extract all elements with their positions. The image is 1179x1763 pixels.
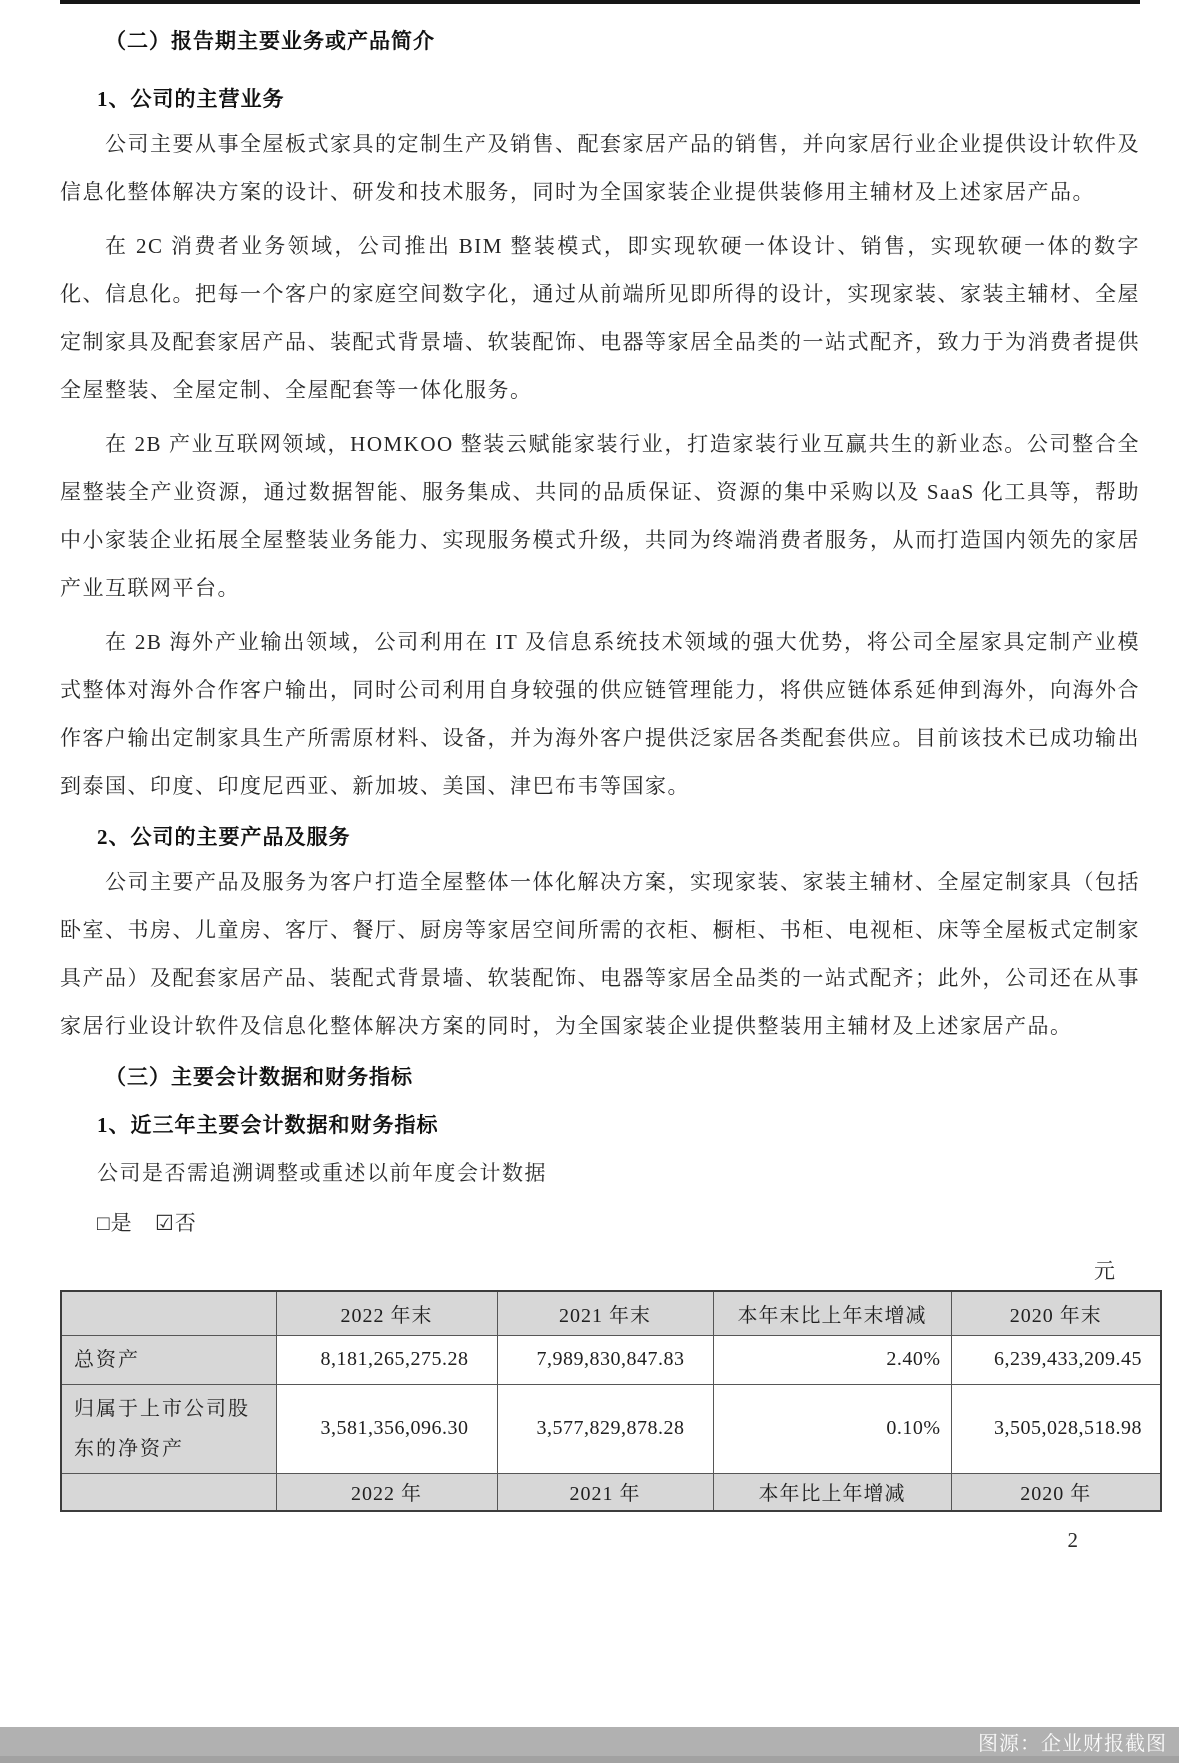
checkbox-no-checked: ☑否: [155, 1211, 197, 1235]
header-cell-2022-end: 2022 年末: [276, 1291, 497, 1335]
header-cell-2021: 2021 年: [497, 1473, 713, 1511]
currency-unit-label: 元: [60, 1256, 1140, 1286]
table-row-total-assets: 总资产 8,181,265,275.28 7,989,830,847.83 2.…: [61, 1335, 1161, 1384]
table-row-net-assets: 归属于上市公司股东的净资产 3,581,356,096.30 3,577,829…: [61, 1384, 1161, 1473]
paragraph-products-services: 公司主要产品及服务为客户打造全屋整体一体化解决方案，实现家装、家装主辅材、全屋定…: [60, 858, 1140, 1050]
table-header-row-year: 2022 年 2021 年 本年比上年增减 2020 年: [61, 1473, 1161, 1511]
paragraph-2b-internet: 在 2B 产业互联网领域，HOMKOO 整装云赋能家装行业，打造家装行业互赢共生…: [60, 420, 1140, 612]
subheading-products-services: 2、公司的主要产品及服务: [60, 822, 1140, 852]
net-assets-2021: 3,577,829,878.28: [497, 1384, 713, 1473]
paragraph-2b-overseas: 在 2B 海外产业输出领域，公司利用在 IT 及信息系统技术领域的强大优势，将公…: [60, 618, 1140, 810]
header-cell-yoy-change-end: 本年末比上年末增减: [713, 1291, 951, 1335]
total-assets-2022: 8,181,265,275.28: [276, 1335, 497, 1384]
header-cell-2022: 2022 年: [276, 1473, 497, 1511]
net-assets-2022: 3,581,356,096.30: [276, 1384, 497, 1473]
total-assets-2020: 6,239,433,209.45: [951, 1335, 1161, 1384]
source-attribution-bar: 图源：企业财报截图: [0, 1727, 1179, 1763]
section-heading-business-intro: （二）报告期主要业务或产品简介: [60, 26, 1140, 56]
checkbox-yes-unchecked: □是: [97, 1211, 133, 1235]
paragraph-2c-business: 在 2C 消费者业务领域，公司推出 BIM 整装模式，即实现软硬一体设计、销售，…: [60, 222, 1140, 414]
header-cell-empty: [61, 1291, 276, 1335]
total-assets-change: 2.40%: [713, 1335, 951, 1384]
table-header-row-yearend: 2022 年末 2021 年末 本年末比上年末增减 2020 年末: [61, 1291, 1161, 1335]
financial-indicators-table: 2022 年末 2021 年末 本年末比上年末增减 2020 年末 总资产 8,…: [60, 1290, 1162, 1512]
source-caption: 图源：企业财报截图: [978, 1727, 1179, 1756]
net-assets-change: 0.10%: [713, 1384, 951, 1473]
paragraph-main-business: 公司主要从事全屋板式家具的定制生产及销售、配套家居产品的销售，并向家居行业企业提…: [60, 120, 1140, 216]
total-assets-2021: 7,989,830,847.83: [497, 1335, 713, 1384]
report-page: （二）报告期主要业务或产品简介 1、公司的主营业务 公司主要从事全屋板式家具的定…: [0, 0, 1179, 1763]
header-cell-2020-end: 2020 年末: [951, 1291, 1161, 1335]
restatement-options: □是 ☑否: [60, 1208, 1140, 1238]
restatement-question: 公司是否需追溯调整或重述以前年度会计数据: [60, 1158, 1140, 1188]
header-cell-empty-bottom: [61, 1473, 276, 1511]
section-heading-accounting-data: （三）主要会计数据和财务指标: [60, 1062, 1140, 1092]
document-body: （二）报告期主要业务或产品简介 1、公司的主营业务 公司主要从事全屋板式家具的定…: [0, 0, 1179, 1553]
row-label-net-assets: 归属于上市公司股东的净资产: [61, 1384, 276, 1473]
subheading-main-business: 1、公司的主营业务: [60, 84, 1140, 114]
row-label-total-assets: 总资产: [61, 1335, 276, 1384]
header-cell-2021-end: 2021 年末: [497, 1291, 713, 1335]
page-number: 2: [60, 1528, 1140, 1553]
header-cell-2020: 2020 年: [951, 1473, 1161, 1511]
header-cell-yoy-change: 本年比上年增减: [713, 1473, 951, 1511]
net-assets-2020: 3,505,028,518.98: [951, 1384, 1161, 1473]
subheading-three-year-data: 1、近三年主要会计数据和财务指标: [60, 1110, 1140, 1140]
